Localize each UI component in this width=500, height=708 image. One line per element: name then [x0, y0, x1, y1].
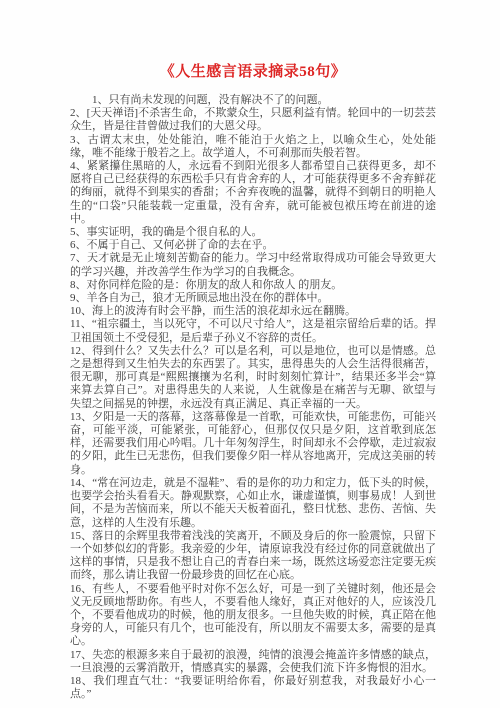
quote-item: 10、海上的波涛有时会平静，而生活的浪花却永远在翻腾。	[70, 305, 436, 318]
quote-item: 1、只有尚未发现的问题，没有解决不了的问题。	[70, 94, 436, 107]
document-page: 《人生感言语录摘录58句》 1、只有尚未发现的问题，没有解决不了的问题。 2、[…	[0, 0, 500, 708]
quote-item: 8、对你同样危险的是：你朋友的敌人和你敌人 的朋友。	[70, 279, 436, 292]
quote-item: 16、有些人，不要看他平时对你不怎么好，可是一到了关键时刻，他还是会义无反顾地帮…	[70, 583, 436, 649]
quote-item: 17、失恋的根源多来自于最初的浪漫，纯情的浪漫会掩盖许多情感的缺点，一旦浪漫的云…	[70, 649, 436, 675]
quote-item: 7、天才就是无止境刻苦勤奋的能力。学习中经常取得成功可能会导致更大的学习兴趣，并…	[70, 252, 436, 278]
quote-list: 1、只有尚未发现的问题，没有解决不了的问题。 2、[天天禅语]不杀害生命，不欺蒙…	[70, 94, 436, 701]
quote-item: 2、[天天禅语]不杀害生命，不欺蒙众生，只愿利益有情。轮回中的一切芸芸众生，皆是…	[70, 107, 436, 133]
quote-item: 11、“祖宗疆土，当以死守，不可以尺寸给人”，这是祖宗留给后辈的话。捍卫祖国领土…	[70, 318, 436, 344]
quote-item: 5、事实证明，我的确是个很自私的人。	[70, 226, 436, 239]
quote-item: 4、紧紧攥住黑暗的人，永远看不到阳光很多人都希望自己获得更多，却不愿将自己已经获…	[70, 160, 436, 226]
quote-item: 6、不属于自己、又何必拼了命的去在乎。	[70, 239, 436, 252]
quote-item: 15、落日的余辉里我带着浅浅的笑离开，不顾及身后的你一脸震惊，只留下一个如梦似幻…	[70, 530, 436, 583]
quote-item: 13、夕阳是一天的落幕，这落幕像是一首歌，可能欢快，可能悲伤，可能兴奋，可能平淡…	[70, 411, 436, 477]
quote-item: 12、得到什么？又失去什么？可以是名利，可以是地位，也可以是情感。总之是想得到又…	[70, 345, 436, 411]
quote-item: 3、古谓太末虫，处处能泊，唯不能泊于火焰之上，以喻众生心，处处能缘，唯不能缘于般…	[70, 134, 436, 160]
quote-item: 14、“常在河边走，就是不湿鞋”、看的是你的功力和定力，低下头的时候，也要学会抬…	[70, 477, 436, 530]
page-title: 《人生感言语录摘录58句》	[70, 62, 436, 82]
quote-item: 9、羊各自为己，狼才无所顾忌地出没在你的群体中。	[70, 292, 436, 305]
quote-item: 18、我们理直气壮：“我要证明给你看，你最好别惹我，对我最好小心一点。”	[70, 675, 436, 701]
